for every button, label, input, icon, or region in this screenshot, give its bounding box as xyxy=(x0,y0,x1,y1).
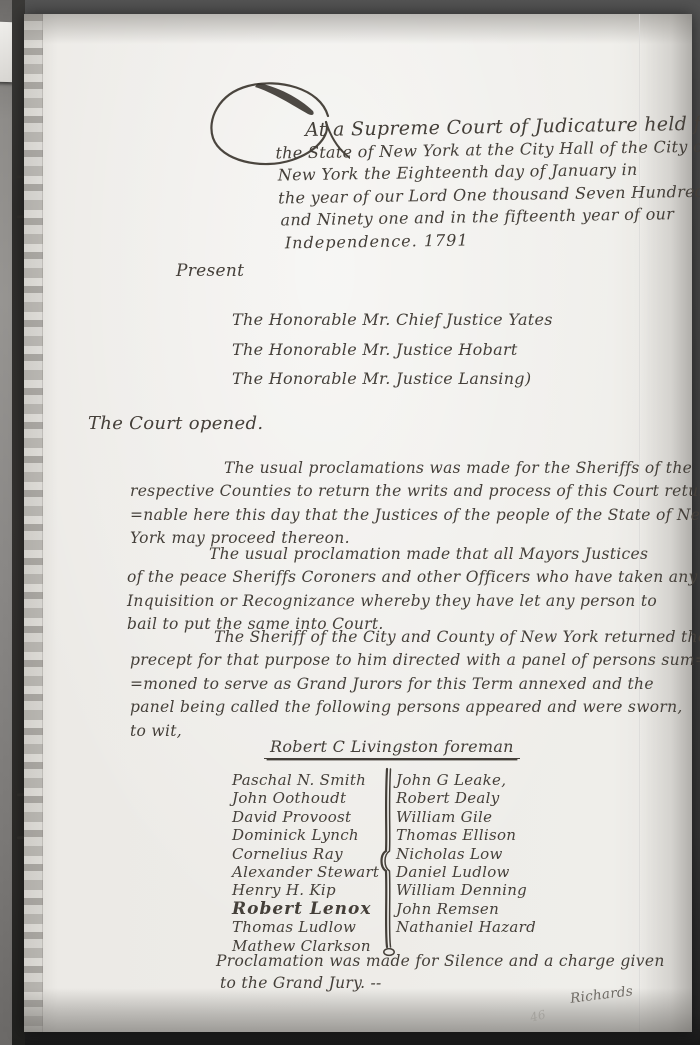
justice-line: The Honorable Mr. Justice Lansing) xyxy=(232,364,553,394)
juror-name: Nathaniel Hazard xyxy=(396,918,536,936)
juror-name: John G Leake, xyxy=(396,771,536,789)
paragraph-line: of the peace Sheriffs Coroners and other… xyxy=(127,566,698,589)
paragraph-sheriff-panel: The Sheriff of the City and County of Ne… xyxy=(130,626,700,743)
closing-line: Proclamation was made for Silence and a … xyxy=(216,951,665,973)
foreman-name-underlined: Robert C Livingston foreman xyxy=(264,737,520,759)
paragraph-line: The usual proclamations was made for the… xyxy=(130,457,700,480)
foreman-line: Robert C Livingston foreman xyxy=(264,737,520,756)
juror-name: Cornelius Ray xyxy=(232,845,379,863)
juror-name: John Remsen xyxy=(396,900,536,918)
juror-name: Robert Lenox xyxy=(232,900,379,918)
paragraph-line: The Sheriff of the City and County of Ne… xyxy=(130,626,700,649)
page-top-shading xyxy=(24,14,692,44)
court-opened-line: The Court opened. xyxy=(88,413,263,434)
juror-name: Thomas Ellison xyxy=(396,826,536,844)
page-rough-left-edge xyxy=(24,14,43,1032)
justice-line: The Honorable Mr. Chief Justice Yates xyxy=(232,305,553,335)
juror-name: Paschal N. Smith xyxy=(232,771,379,789)
paragraph-proclamation-sheriffs: The usual proclamations was made for the… xyxy=(130,457,700,551)
juror-name: Nicholas Low xyxy=(396,845,536,863)
juror-name: David Provoost xyxy=(232,808,379,826)
juror-list-left-column: Paschal N. Smith John Oothoudt David Pro… xyxy=(232,771,379,955)
paragraph-line: =nable here this day that the Justices o… xyxy=(130,504,700,527)
juror-name: William Denning xyxy=(396,881,536,899)
juror-name: Henry H. Kip xyxy=(232,881,379,899)
paragraph-line: panel being called the following persons… xyxy=(130,696,700,719)
paragraph-line: The usual proclamation made that all May… xyxy=(127,543,698,566)
juror-name: William Gile xyxy=(396,808,536,826)
juror-name: John Oothoudt xyxy=(232,789,379,807)
paragraph-proclamation-officers: The usual proclamation made that all May… xyxy=(127,543,698,637)
paragraph-line: =moned to serve as Grand Jurors for this… xyxy=(130,673,700,696)
juror-name: Daniel Ludlow xyxy=(396,863,536,881)
justice-line: The Honorable Mr. Justice Hobart xyxy=(232,335,553,365)
juror-name: Dominick Lynch xyxy=(232,826,379,844)
juror-name: Thomas Ludlow xyxy=(232,918,379,936)
paragraph-line: Inquisition or Recognizance whereby they… xyxy=(127,590,698,613)
juror-name: Alexander Stewart xyxy=(232,863,379,881)
paragraph-line: precept for that purpose to him directed… xyxy=(130,649,700,672)
scanned-manuscript-photo: At a Supreme Court of Judicature held fo… xyxy=(0,0,700,1045)
juror-list-right-column: John G Leake, Robert Dealy William Gile … xyxy=(396,771,536,937)
present-label: Present xyxy=(176,261,244,281)
paragraph-line: respective Counties to return the writs … xyxy=(130,480,700,503)
justices-list: The Honorable Mr. Chief Justice Yates Th… xyxy=(232,305,553,394)
manuscript-page: At a Supreme Court of Judicature held fo… xyxy=(24,14,692,1032)
juror-name: Robert Dealy xyxy=(396,789,536,807)
court-session-heading: At a Supreme Court of Judicature held fo… xyxy=(275,112,700,255)
